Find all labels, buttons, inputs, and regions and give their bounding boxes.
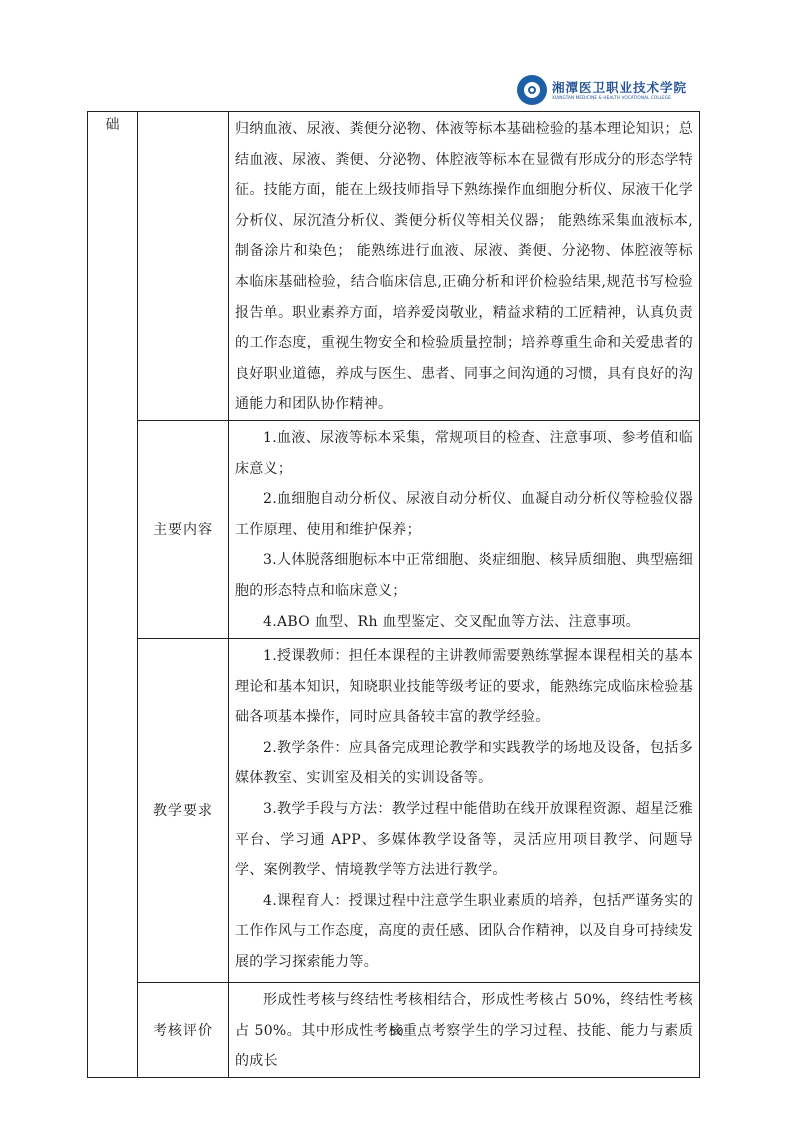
teaching-requirements-text: 1.授课教师：担任本课程的主讲教师需要熟练掌握本课程相关的基本理论和基本知识，知… (229, 638, 700, 982)
paragraph: 归纳血液、尿液、粪便分泌物、体液等标本基础检验的基本理论知识；总结血液、尿液、粪… (235, 114, 693, 420)
row-label-cell: 主要内容 (138, 420, 229, 638)
course-category-label: 础 (106, 117, 120, 133)
paragraph: 3.教学手段与方法：教学过程中能借助在线开放课程资源、超星泛雅平台、学习通 AP… (235, 794, 693, 886)
page-number: 50 (0, 1025, 793, 1038)
course-info-table: 础 归纳血液、尿液、粪便分泌物、体液等标本基础检验的基本理论知识；总结血液、尿液… (87, 111, 700, 1078)
row-label-cell: 教学要求 (138, 638, 229, 982)
paragraph: 4.课程育人：授课过程中注意学生职业素质的培养，包括严谨务实的工作作风与工作态度… (235, 886, 693, 978)
paragraph: 2.教学条件：应具备完成理论教学和实践教学的场地及设备，包括多媒体教室、实训室及… (235, 733, 693, 794)
paragraph: 2.血细胞自动分析仪、尿液自动分析仪、血凝自动分析仪等检验仪器工作原理、使用和维… (235, 484, 693, 545)
paragraph: 4.ABO 血型、Rh 血型鉴定、交叉配血等方法、注意事项。 (235, 607, 693, 638)
row-label-teaching-requirements: 教学要求 (153, 803, 213, 819)
table-row-objectives: 础 归纳血液、尿液、粪便分泌物、体液等标本基础检验的基本理论知识；总结血液、尿液… (88, 112, 700, 421)
row-label-main-content: 主要内容 (153, 522, 213, 538)
logo-chinese-name: 湘潭医卫职业技术学院 (552, 80, 687, 95)
college-logo: 湘潭医卫职业技术学院 XIANGTAN MEDICINE & HEALTH VO… (517, 72, 707, 108)
row-label-cell (138, 112, 229, 421)
table-row-teaching-requirements: 教学要求 1.授课教师：担任本课程的主讲教师需要熟练掌握本课程相关的基本理论和基… (88, 638, 700, 982)
logo-text: 湘潭医卫职业技术学院 XIANGTAN MEDICINE & HEALTH VO… (552, 80, 687, 101)
objectives-content: 归纳血液、尿液、粪便分泌物、体液等标本基础检验的基本理论知识；总结血液、尿液、粪… (229, 112, 700, 421)
course-category-cell: 础 (88, 112, 138, 1078)
logo-english-name: XIANGTAN MEDICINE & HEALTH VOCATIONAL CO… (552, 95, 687, 101)
paragraph: 1.血液、尿液等标本采集，常规项目的检查、注意事项、参考值和临床意义； (235, 423, 693, 484)
paragraph: 3.人体脱落细胞标本中正常细胞、炎症细胞、核异质细胞、典型癌细胞的形态特点和临床… (235, 545, 693, 606)
main-content-text: 1.血液、尿液等标本采集，常规项目的检查、注意事项、参考值和临床意义； 2.血细… (229, 420, 700, 638)
college-emblem-icon (517, 75, 547, 105)
paragraph: 1.授课教师：担任本课程的主讲教师需要熟练掌握本课程相关的基本理论和基本知识，知… (235, 641, 693, 733)
table-row-main-content: 主要内容 1.血液、尿液等标本采集，常规项目的检查、注意事项、参考值和临床意义；… (88, 420, 700, 638)
